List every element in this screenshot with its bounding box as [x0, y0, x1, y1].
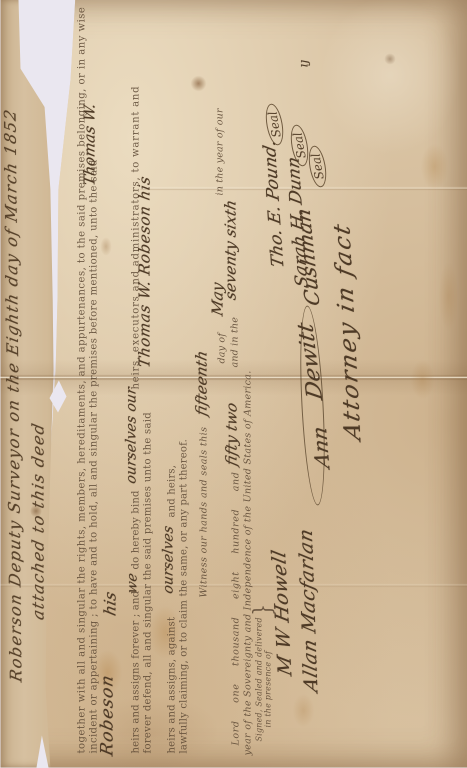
- printed-witness-line: year of the Sovereignty and Independence…: [243, 370, 254, 755]
- printed-line: lawfully claiming, or to claim the same,…: [179, 439, 190, 754]
- deed-page-rotated: Roberson Deputy Surveyor on the Eighth d…: [1, 0, 467, 768]
- stain: [421, 144, 449, 190]
- printed-line: do hereby bind: [131, 490, 142, 569]
- printed-witness-line: Witness our hands and seals this: [199, 427, 210, 598]
- printed-line: and heirs,: [167, 465, 178, 518]
- scanned-deed-document: Roberson Deputy Surveyor on the Eighth d…: [0, 0, 467, 768]
- printed-attestation-line: in the presence of: [264, 651, 273, 728]
- stain: [439, 262, 459, 332]
- printed-line: forever defend, all and singular the sai…: [143, 412, 154, 753]
- seal-1: Seal: [264, 103, 283, 145]
- signature-3-first: Ann: [307, 425, 334, 470]
- handwritten-grantee-full: Thomas W. Robeson his: [136, 175, 154, 370]
- printed-witness-line: in the year of our: [215, 108, 226, 195]
- printed-attestation-line: Signed, Sealed and delivered: [255, 617, 264, 741]
- stain: [101, 238, 112, 256]
- handwritten-grantee-first: Thomas W.: [81, 102, 99, 187]
- stain: [191, 76, 207, 92]
- handwritten-fifty-two: fifty two: [223, 401, 241, 468]
- printed-witness-line: Lord one thousand eight hundred and: [231, 472, 242, 746]
- light-patch: [321, 0, 461, 156]
- handwritten-ourselves: ourselves: [161, 525, 177, 595]
- handwritten-we: we: [125, 572, 141, 595]
- seal-3: Seal: [307, 145, 326, 187]
- handwritten-seventy-sixth: seventy sixth: [222, 198, 240, 301]
- fold-crease-center: [1, 375, 467, 381]
- handwritten-grantee-surname: Robeson: [98, 672, 118, 757]
- handwritten-his: his: [101, 590, 120, 618]
- stain: [411, 360, 435, 400]
- printed-witness-line: day of: [217, 333, 228, 364]
- printed-witness-line: and in the: [230, 317, 241, 368]
- seal-2: Seal: [289, 124, 308, 166]
- printed-line: heirs and assigns, against: [167, 617, 178, 754]
- margin-note-line2: attached to this deed: [29, 421, 48, 622]
- handwritten-ourselves-our: ourselves our: [124, 386, 140, 485]
- handwritten-fifteenth: fifteenth: [193, 349, 211, 418]
- ink-marks: ıȷ: [297, 60, 311, 68]
- printed-line: heirs and assigns forever ; and: [131, 591, 142, 754]
- printed-line: incident or appertaining ; to have and t…: [89, 159, 100, 753]
- stain: [293, 694, 315, 728]
